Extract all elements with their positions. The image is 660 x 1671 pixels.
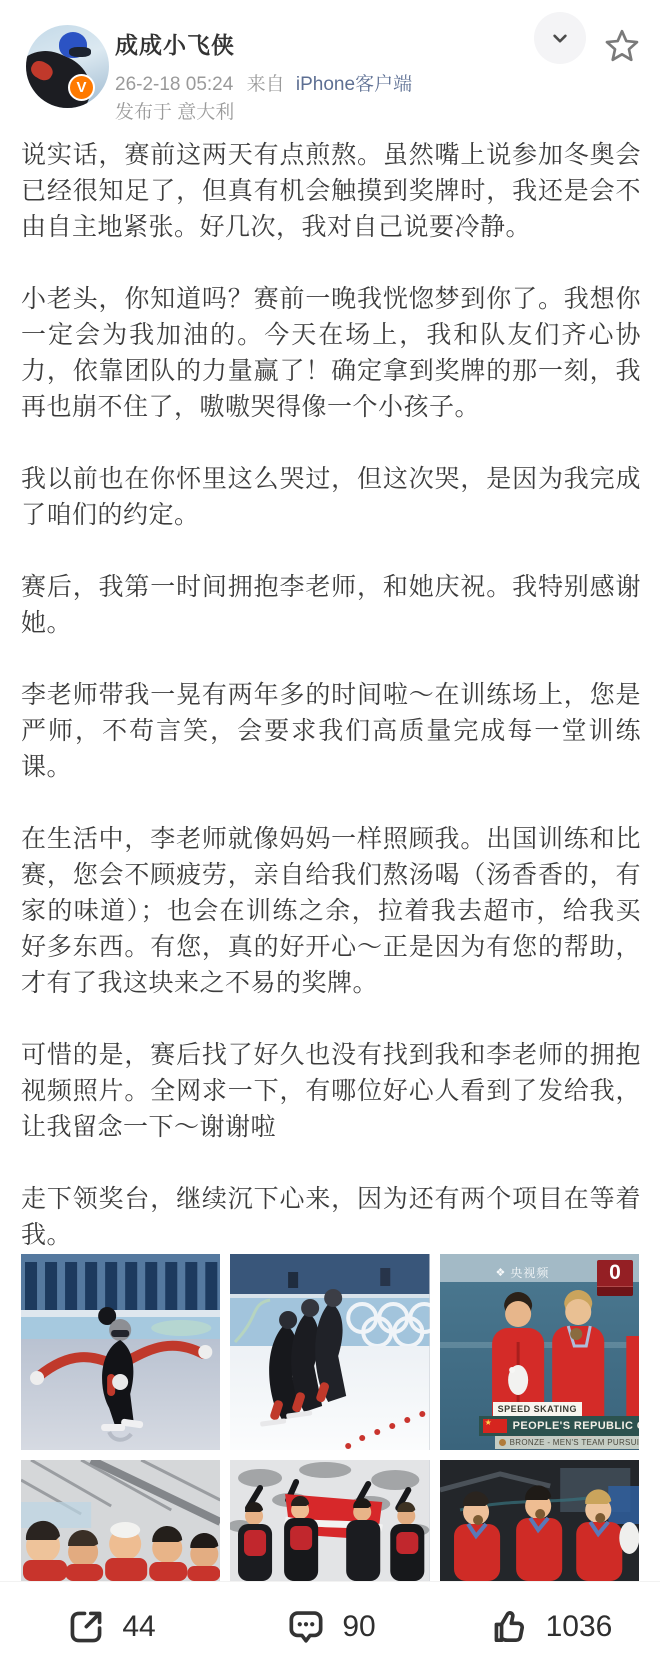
paragraph: 李老师带我一晃有两年多的时间啦～在训练场上，您是严师，不苟言笑，会要求我们高质量… [21,677,641,785]
post-timestamp: 26-2-18 05:24 [115,74,233,95]
post-image-6[interactable] [440,1460,639,1581]
photo-skater-headon [21,1254,220,1450]
paragraph: 在生活中，李老师就像妈妈一样照顾我。出国训练和比赛，您会不顾疲劳，亲自给我们熬汤… [21,821,641,1001]
post-image-3[interactable]: ❖ 央视频 0 SPEED SKATING ★ PEOPLE'S REPUBLI… [440,1254,639,1450]
photo-team-selfie [21,1460,220,1581]
post-meta-line: 26-2-18 05:24 来自 iPhone客户端 [115,69,412,96]
post-image-4[interactable] [21,1460,220,1581]
paragraph: 小老头，你知道吗？赛前一晚我恍惚梦到你了。我想你一定会为我加油的。今天在场上，我… [21,281,641,425]
comment-button[interactable]: 90 [220,1605,440,1649]
lap-number: 0 [609,1260,621,1286]
post-text: 说实话，赛前这两天有点煎熬。虽然嘴上说参加冬奥会已经很知足了，但真有机会触摸到奖… [21,137,641,1253]
chevron-down-icon [547,25,573,51]
paragraph: 走下领奖台，继续沉下心来，因为还有两个项目在等着我。 [21,1181,641,1253]
post-image-2[interactable] [230,1254,429,1450]
lap-counter-strip [597,1286,633,1296]
lap-counter: 0 [597,1260,633,1296]
cctv-video-watermark: ❖ 央视频 [495,1264,549,1281]
collapse-button[interactable] [534,12,586,64]
avatar[interactable] [26,25,109,108]
share-count: 44 [122,1610,155,1644]
paragraph: 说实话，赛前这两天有点煎熬。虽然嘴上说参加冬奥会已经很知足了，但真有机会触摸到奖… [21,137,641,245]
caption-result-text: BRONZE - MEN'S TEAM PURSUIT [510,1438,639,1447]
photo-flag-celebration: ★ [230,1460,429,1581]
caption-sport-tag: SPEED SKATING [493,1402,582,1416]
star-icon [602,27,642,67]
paragraph: 可惜的是，赛后找了好久也没有找到我和李老师的拥抱视频照片。全网求一下，有哪位好心… [21,1037,641,1145]
verified-badge-icon: V [68,74,95,101]
username[interactable]: 成成小飞侠 [115,27,235,60]
share-button[interactable]: 44 [0,1605,220,1649]
like-button[interactable]: 1036 [440,1605,660,1649]
comment-icon [284,1605,328,1649]
source-prefix: 来自 [247,74,285,95]
cctv-logo-icon: ❖ [495,1266,506,1279]
source-link[interactable]: iPhone客户端 [296,74,412,95]
share-icon [64,1605,108,1649]
action-toolbar: 44 90 1036 [0,1581,660,1671]
paragraph: 赛后，我第一时间拥抱李老师，和她庆祝。我特别感谢她。 [21,569,641,641]
post-image-1[interactable] [21,1254,220,1450]
thumbs-up-icon [488,1605,532,1649]
caption-country-text: PEOPLE'S REPUBLIC OF CHINA [513,1420,639,1432]
like-count: 1036 [546,1610,613,1644]
caption-result-bar: BRONZE - MEN'S TEAM PURSUIT [495,1436,639,1449]
caption-country-bar: ★ PEOPLE'S REPUBLIC OF CHINA [479,1416,639,1436]
favorite-button[interactable] [601,26,643,68]
comment-count: 90 [342,1610,375,1644]
paragraph: 我以前也在你怀里这么哭过，但这次哭，是因为我完成了咱们的约定。 [21,461,641,533]
photo-team-pursuit [230,1254,429,1450]
post-location: 发布于 意大利 [115,97,234,124]
post-image-5[interactable]: ★ [230,1460,429,1581]
weibo-post-page: V 成成小飞侠 26-2-18 05:24 来自 iPhone客户端 发布于 意… [0,0,660,1671]
photo-biting-medals [440,1460,639,1581]
watermark-text: 央视频 [510,1264,549,1281]
avatar-visor [69,47,91,57]
image-grid: ❖ 央视频 0 SPEED SKATING ★ PEOPLE'S REPUBLI… [21,1254,639,1581]
bronze-medal-icon [499,1439,506,1446]
china-flag-icon: ★ [483,1419,507,1433]
